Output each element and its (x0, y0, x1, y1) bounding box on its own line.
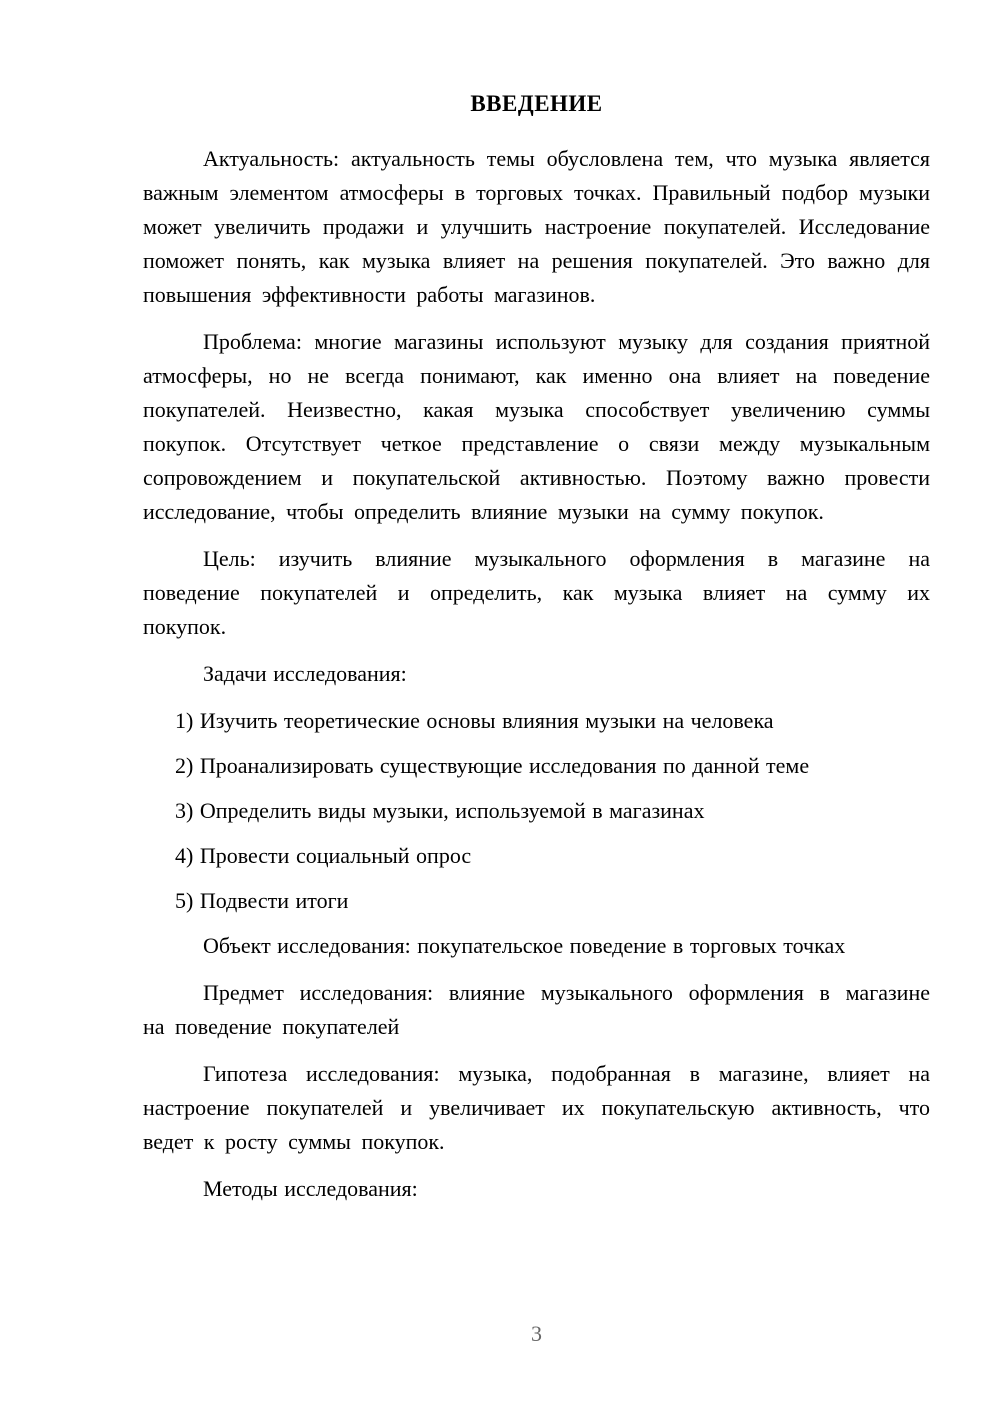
document-page: ВВЕДЕНИЕ Актуальность: актуальность темы… (0, 0, 1000, 1414)
task-item-1: 1) Изучить теоретические основы влияния … (143, 704, 930, 738)
paragraph-subject: Предмет исследования: влияние музыкально… (143, 976, 930, 1044)
paragraph-relevance: Актуальность: актуальность темы обусловл… (143, 142, 930, 312)
paragraph-goal: Цель: изучить влияние музыкального оформ… (143, 542, 930, 644)
tasks-heading: Задачи исследования: (143, 657, 930, 691)
tasks-list: 1) Изучить теоретические основы влияния … (143, 704, 930, 918)
page-number: 3 (143, 1320, 930, 1348)
task-item-2: 2) Проанализировать существующие исследо… (143, 749, 930, 783)
page-title: ВВЕДЕНИЕ (143, 90, 930, 118)
paragraph-problem: Проблема: многие магазины используют муз… (143, 325, 930, 529)
methods-heading: Методы исследования: (143, 1172, 930, 1206)
paragraph-object: Объект исследования: покупательское пове… (143, 929, 930, 963)
task-item-4: 4) Провести социальный опрос (143, 839, 930, 873)
task-item-5: 5) Подвести итоги (143, 884, 930, 918)
task-item-3: 3) Определить виды музыки, используемой … (143, 794, 930, 828)
paragraph-hypothesis: Гипотеза исследования: музыка, подобранн… (143, 1057, 930, 1159)
